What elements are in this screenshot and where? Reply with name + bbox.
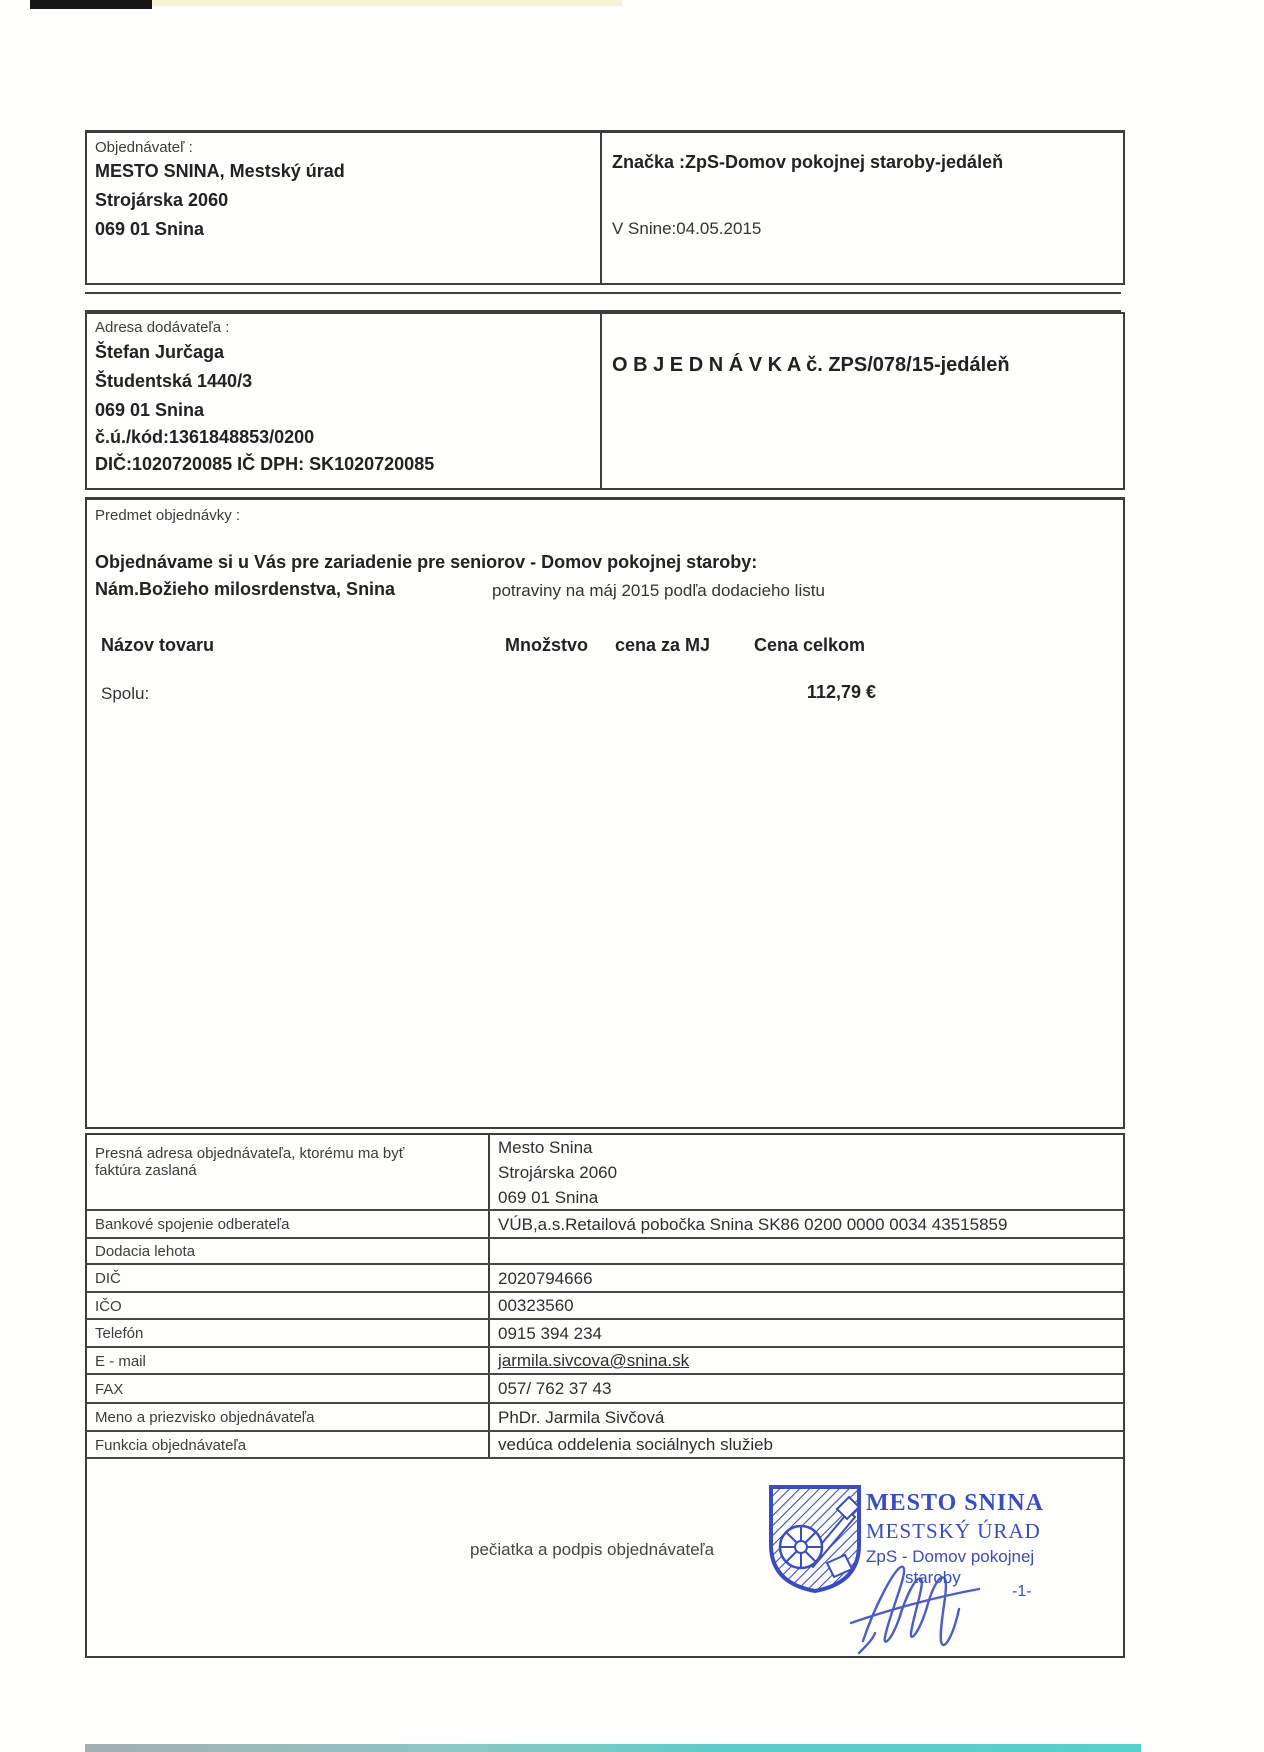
row-value: 00323560 xyxy=(490,1293,1123,1318)
orderer-box-divider xyxy=(600,133,602,283)
column-header-unit-price: cena za MJ xyxy=(615,631,710,660)
row-label: Funkcia objednávateľa xyxy=(87,1432,490,1457)
row-label: Dodacia lehota xyxy=(87,1239,490,1263)
table-row: Dodacia lehota xyxy=(87,1239,1123,1265)
order-number-title: O B J E D N Á V K A č. ZPS/078/15-jedále… xyxy=(612,354,1010,377)
row-value-line: 0915 394 234 xyxy=(498,1321,1123,1346)
row-value: VÚB,a.s.Retailová pobočka Snina SK86 020… xyxy=(490,1211,1123,1237)
scan-artifact-bottom-stripe xyxy=(85,1744,1141,1752)
row-value: 2020794666 xyxy=(490,1265,1123,1291)
table-row: IČO 00323560 xyxy=(87,1293,1123,1320)
supplier-name: Štefan Jurčaga xyxy=(95,338,224,367)
supplier-city: 069 01 Snina xyxy=(95,396,204,425)
row-label-line: E - mail xyxy=(95,1353,488,1370)
place-date: V Snine:04.05.2015 xyxy=(612,219,761,239)
stamp-office-name: MESTSKÝ ÚRAD xyxy=(866,1519,1041,1544)
supplier-box-divider xyxy=(600,314,602,488)
row-label: Presná adresa objednávateľa, ktorému ma … xyxy=(87,1135,490,1209)
orderer-street: Strojárska 2060 xyxy=(95,186,228,215)
orderer-name: MESTO SNINA, Mestský úrad xyxy=(95,157,345,186)
row-value xyxy=(490,1239,1123,1263)
row-label: Telefón xyxy=(87,1320,490,1346)
row-label-line: Bankové spojenie odberateľa xyxy=(95,1216,488,1233)
stamp-caption: pečiatka a podpis objednávateľa xyxy=(470,1540,714,1560)
row-value: PhDr. Jarmila Sivčová xyxy=(490,1404,1123,1430)
stamp-city-name: MESTO SNINA xyxy=(866,1490,1044,1517)
row-value-line: Strojárska 2060 xyxy=(498,1160,1123,1185)
table-row: Telefón 0915 394 234 xyxy=(87,1320,1123,1348)
row-label-line: Funkcia objednávateľa xyxy=(95,1437,488,1454)
supplier-label: Adresa dodávateľa : xyxy=(95,319,229,336)
row-label: FAX xyxy=(87,1375,490,1402)
row-value-line: 2020794666 xyxy=(498,1266,1123,1291)
total-value: 112,79 € xyxy=(754,678,876,707)
row-value-line: Mesto Snina xyxy=(498,1135,1123,1160)
row-value: jarmila.sivcova@snina.sk xyxy=(490,1348,1123,1373)
row-label-line: Telefón xyxy=(95,1325,488,1342)
row-value: vedúca oddelenia sociálnych služieb xyxy=(490,1432,1123,1457)
supplier-street: Študentská 1440/3 xyxy=(95,367,252,396)
row-value: Mesto Snina Strojárska 2060 069 01 Snina xyxy=(490,1135,1123,1209)
supplier-box: Adresa dodávateľa : Štefan Jurčaga Štude… xyxy=(85,312,1125,490)
orderer-label: Objednávateľ : xyxy=(95,139,193,156)
table-row: FAX 057/ 762 37 43 xyxy=(87,1375,1123,1404)
orderer-city: 069 01 Snina xyxy=(95,215,204,244)
table-row: Presná adresa objednávateľa, ktorému ma … xyxy=(87,1135,1123,1211)
subject-intro-line2-bold: Nám.Božieho milosrdenstva, Snina xyxy=(95,575,395,604)
row-value-line: 00323560 xyxy=(498,1293,1123,1318)
scan-artifact-top-smear xyxy=(152,0,622,6)
row-value-line: 057/ 762 37 43 xyxy=(498,1376,1123,1401)
row-label-line: faktúra zaslaná xyxy=(95,1162,488,1179)
row-label-line: Presná adresa objednávateľa, ktorému ma … xyxy=(95,1145,488,1162)
table-row: Funkcia objednávateľa vedúca oddelenia s… xyxy=(87,1432,1123,1459)
stamp-page-marker: -1- xyxy=(1012,1583,1032,1601)
subject-intro-line1: Objednávame si u Vás pre zariadenie pre … xyxy=(95,548,757,577)
column-header-total-price: Cena celkom xyxy=(754,631,865,660)
subject-label: Predmet objednávky : xyxy=(95,507,240,524)
row-label-line: Meno a priezvisko objednávateľa xyxy=(95,1409,488,1426)
email-link[interactable]: jarmila.sivcova@snina.sk xyxy=(498,1348,1123,1373)
table-row: Meno a priezvisko objednávateľa PhDr. Ja… xyxy=(87,1404,1123,1432)
table-row: DIČ 2020794666 xyxy=(87,1265,1123,1293)
table-row: Bankové spojenie odberateľa VÚB,a.s.Reta… xyxy=(87,1211,1123,1239)
column-header-item-name: Názov tovaru xyxy=(101,631,214,660)
supplier-tax-ids: DIČ:1020720085 IČ DPH: SK1020720085 xyxy=(95,450,434,479)
row-value: 0915 394 234 xyxy=(490,1320,1123,1346)
scanned-order-document: Objednávateľ : MESTO SNINA, Mestský úrad… xyxy=(0,0,1264,1752)
column-header-quantity: Množstvo xyxy=(505,631,588,660)
row-label: DIČ xyxy=(87,1265,490,1291)
row-label: Bankové spojenie odberateľa xyxy=(87,1211,490,1237)
subject-intro-line2-text: potraviny na máj 2015 podľa dodacieho li… xyxy=(492,581,825,601)
row-value-line: 069 01 Snina xyxy=(498,1185,1123,1210)
row-label-line: FAX xyxy=(95,1381,488,1398)
separator-strip xyxy=(85,292,1121,312)
row-value-line: vedúca oddelenia sociálnych služieb xyxy=(498,1432,1123,1457)
subject-box: Predmet objednávky : Objednávame si u Vá… xyxy=(85,497,1125,1129)
scan-artifact-top-bar xyxy=(30,0,152,9)
row-label-line: IČO xyxy=(95,1298,488,1315)
row-label: E - mail xyxy=(87,1348,490,1373)
table-row: E - mail jarmila.sivcova@snina.sk xyxy=(87,1348,1123,1375)
row-value-line: PhDr. Jarmila Sivčová xyxy=(498,1405,1123,1430)
total-label: Spolu: xyxy=(101,684,149,704)
row-label: IČO xyxy=(87,1293,490,1318)
row-value: 057/ 762 37 43 xyxy=(490,1375,1123,1402)
row-label-line: Dodacia lehota xyxy=(95,1243,488,1260)
supplier-account: č.ú./kód:1361848853/0200 xyxy=(95,423,314,452)
reference-mark: Značka :ZpS-Domov pokojnej staroby-jedál… xyxy=(612,148,1003,177)
row-value-line: VÚB,a.s.Retailová pobočka Snina SK86 020… xyxy=(498,1212,1123,1237)
row-label: Meno a priezvisko objednávateľa xyxy=(87,1404,490,1430)
orderer-box: Objednávateľ : MESTO SNINA, Mestský úrad… xyxy=(85,130,1125,285)
row-label-line: DIČ xyxy=(95,1270,488,1287)
signature-scribble xyxy=(845,1545,1005,1660)
